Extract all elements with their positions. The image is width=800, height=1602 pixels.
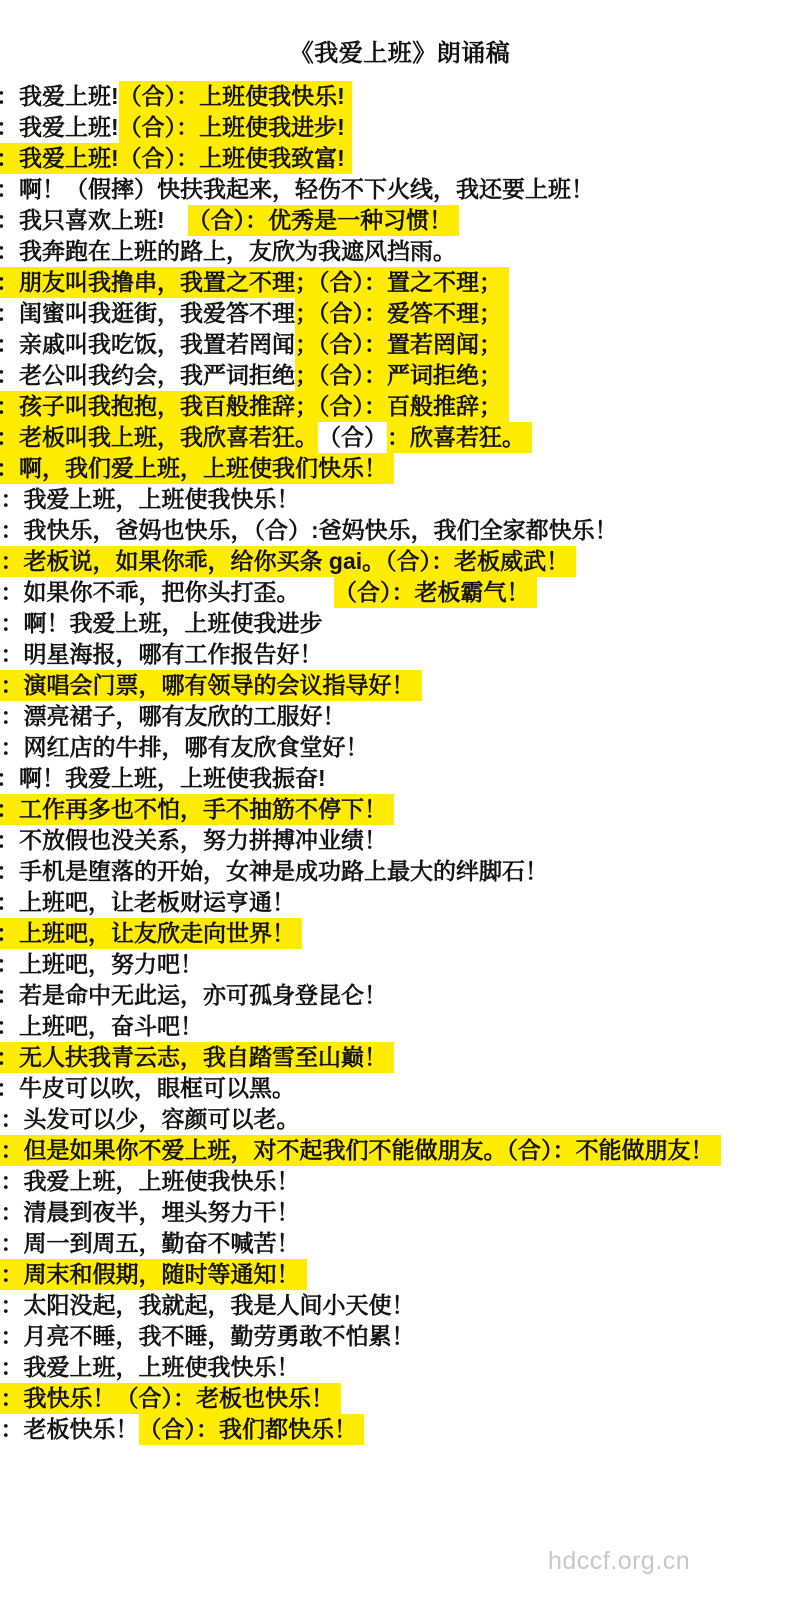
script-line: ：上班吧，奋斗吧！: [0, 1011, 800, 1042]
plain-text: ）：网红店的牛排，哪有友欣食堂好！: [0, 732, 369, 763]
plain-text: ）：漂亮裙子，哪有友欣的工服好！: [0, 701, 346, 732]
highlighted-text: ：无人扶我青云志，我自踏雪至山巅！: [0, 1042, 394, 1073]
script-lines: ：我爱上班!（合）：上班使我快乐!：我爱上班!（合）：上班使我进步!：我爱上班!…: [0, 81, 800, 1445]
highlighted-text: ）：但是如果你不爱上班，对不起我们不能做朋友。（合）：不能做朋友！: [0, 1135, 721, 1166]
script-line: ：上班吧，让友欣走向世界！: [0, 918, 800, 949]
plain-text: ：牛皮可以吹，眼框可以黑。: [0, 1073, 295, 1104]
highlighted-text: ：欣喜若狂。: [387, 422, 532, 453]
highlighted-text: ：啊，我们爱上班，上班使我们快乐！: [0, 453, 394, 484]
plain-text: ）：明星海报，哪有工作报告好！: [0, 639, 323, 670]
highlighted-text: ；（合）：爱答不理；: [295, 298, 509, 329]
script-line: ）：明星海报，哪有工作报告好！: [0, 639, 800, 670]
plain-text: ）：月亮不睡，我不睡，勤劳勇敢不怕累！: [0, 1321, 415, 1352]
highlighted-text: ）：周末和假期，随时等通知！: [0, 1259, 307, 1290]
script-line: ：手机是堕落的开始，女神是成功路上最大的绊脚石！: [0, 856, 800, 887]
script-line: ）：老板说，如果你乖，给你买条 gai。（合）：老板威武！: [0, 546, 800, 577]
script-line: ）：我快乐！（合）：老板也快乐！: [0, 1383, 800, 1414]
script-line: ：不放假也没关系，努力拼搏冲业绩！: [0, 825, 800, 856]
highlighted-text: ）：演唱会门票，哪有领导的会议指导好！: [0, 670, 422, 701]
script-line: ）：太阳没起，我就起，我是人间小天使！: [0, 1290, 800, 1321]
script-line: ）：周一到周五，勤奋不喊苦！: [0, 1228, 800, 1259]
script-line: ）：我快乐，爸妈也快乐，（合）:爸妈快乐，我们全家都快乐！: [0, 515, 800, 546]
script-line: ：我爱上班!（合）：上班使我致富!: [0, 143, 800, 174]
highlighted-text: ：上班吧，让友欣走向世界！: [0, 918, 302, 949]
script-line: ：上班吧，努力吧！: [0, 949, 800, 980]
highlighted-text: ）：我快乐！（合）：老板也快乐！: [0, 1383, 341, 1414]
script-line: ：若是命中无此运，亦可孤身登昆仑！: [0, 980, 800, 1011]
highlighted-text: ）：老板说，如果你乖，给你买条 gai。（合）：老板威武！: [0, 546, 576, 577]
plain-text: ）：我爱上班，上班使我快乐！: [0, 484, 300, 515]
script-line: ）：月亮不睡，我不睡，勤劳勇敢不怕累！: [0, 1321, 800, 1352]
plain-text: ）：周一到周五，勤奋不喊苦！: [0, 1228, 300, 1259]
plain-text: ：我爱上班!: [0, 112, 119, 143]
plain-text: ：上班吧，努力吧！: [0, 949, 203, 980]
script-line: ：闺蜜叫我逛街，我爱答不理；（合）：爱答不理；: [0, 298, 800, 329]
plain-text: ：上班吧，让老板财运亨通！: [0, 887, 295, 918]
script-line: ：老板叫我上班，我欣喜若狂。（合）：欣喜若狂。: [0, 422, 800, 453]
script-line: ：亲戚叫我吃饭，我置若罔闻；（合）：置若罔闻；: [0, 329, 800, 360]
script-line: ：我爱上班!（合）：上班使我进步!: [0, 112, 800, 143]
plain-text: （合）: [318, 422, 387, 453]
plain-text: ：亲戚叫我吃饭，我置若罔闻: [0, 329, 295, 360]
script-line: ：我爱上班!（合）：上班使我快乐!: [0, 81, 800, 112]
script-line: ：啊！（假摔）快扶我起来，轻伤不下火线，我还要上班！: [0, 174, 800, 205]
plain-text: ）：太阳没起，我就起，我是人间小天使！: [0, 1290, 415, 1321]
plain-text: ：上班吧，奋斗吧！: [0, 1011, 203, 1042]
plain-text: ：我爱上班!: [0, 81, 119, 112]
plain-text: ：我只喜欢上班!: [0, 205, 188, 236]
plain-text: ）：我爱上班，上班使我快乐！: [0, 1166, 300, 1197]
highlighted-text: ；（合）：置若罔闻；: [295, 329, 509, 360]
highlighted-text: （合）：上班使我进步!: [119, 112, 352, 143]
plain-text: ：手机是堕落的开始，女神是成功路上最大的绊脚石！: [0, 856, 548, 887]
plain-text: ：闺蜜叫我逛街，我爱答不理: [0, 298, 295, 329]
script-line: ）：但是如果你不爱上班，对不起我们不能做朋友。（合）：不能做朋友！: [0, 1135, 800, 1166]
script-line: ）：演唱会门票，哪有领导的会议指导好！: [0, 670, 800, 701]
highlighted-text: ：工作再多也不怕，手不抽筋不停下！: [0, 794, 394, 825]
script-line: ：无人扶我青云志，我自踏雪至山巅！: [0, 1042, 800, 1073]
script-line: ：孩子叫我抱抱，我百般推辞；（合）：百般推辞；: [0, 391, 800, 422]
plain-text: ：啊！我爱上班，上班使我振奋!: [0, 763, 326, 794]
script-line: ：朋友叫我撸串，我置之不理；（合）：置之不理；: [0, 267, 800, 298]
script-line: ：工作再多也不怕，手不抽筋不停下！: [0, 794, 800, 825]
script-line: ）：如果你不乖，把你头打歪。 （合）：老板霸气！: [0, 577, 800, 608]
plain-text: ）：啊！我爱上班，上班使我进步: [0, 608, 323, 639]
highlighted-text: ：老板叫我上班，我欣喜若狂。: [0, 422, 318, 453]
script-line: ）：清晨到夜半，埋头努力干！: [0, 1197, 800, 1228]
script-line: ）：周末和假期，随时等通知！: [0, 1259, 800, 1290]
script-line: ：牛皮可以吹，眼框可以黑。: [0, 1073, 800, 1104]
plain-text: ：老公叫我约会，我严词拒绝: [0, 360, 295, 391]
script-line: ）：漂亮裙子，哪有友欣的工服好！: [0, 701, 800, 732]
script-line: ：啊！我爱上班，上班使我振奋!: [0, 763, 800, 794]
highlighted-text: ；（合）：严词拒绝；: [295, 360, 509, 391]
watermark: hdccf.org.cn: [548, 1547, 690, 1576]
script-line: ）：我爱上班，上班使我快乐！: [0, 1352, 800, 1383]
highlighted-text: （合）：优秀是一种习惯！: [188, 205, 460, 236]
plain-text: ）：我快乐，爸妈也快乐，（合）:爸妈快乐，我们全家都快乐！: [0, 515, 618, 546]
page-title: 《我爱上班》朗诵稿: [0, 33, 800, 68]
plain-text: ）：如果你不乖，把你头打歪。: [0, 577, 334, 608]
script-line: ：啊，我们爱上班，上班使我们快乐！: [0, 453, 800, 484]
document-page: 《我爱上班》朗诵稿 ：我爱上班!（合）：上班使我快乐!：我爱上班!（合）：上班使…: [0, 0, 800, 1602]
plain-text: ：不放假也没关系，努力拼搏冲业绩！: [0, 825, 387, 856]
plain-text: ）：我爱上班，上班使我快乐！: [0, 1352, 300, 1383]
highlighted-text: （合）：上班使我快乐!: [119, 81, 352, 112]
script-line: ：我只喜欢上班! （合）：优秀是一种习惯！: [0, 205, 800, 236]
script-line: ）：我爱上班，上班使我快乐！: [0, 484, 800, 515]
plain-text: ）：老板快乐！: [0, 1414, 139, 1445]
script-line: ：老公叫我约会，我严词拒绝；（合）：严词拒绝；: [0, 360, 800, 391]
script-line: ）：老板快乐！（合）：我们都快乐！: [0, 1414, 800, 1445]
script-line: ）：网红店的牛排，哪有友欣食堂好！: [0, 732, 800, 763]
highlighted-text: （合）：我们都快乐！: [139, 1414, 365, 1445]
script-line: ）：啊！我爱上班，上班使我进步: [0, 608, 800, 639]
highlighted-text: ：朋友叫我撸串，我置之不理；（合）：置之不理；: [0, 267, 509, 298]
plain-text: ：啊！（假摔）快扶我起来，轻伤不下火线，我还要上班！: [0, 174, 594, 205]
script-line: ：上班吧，让老板财运亨通！: [0, 887, 800, 918]
highlighted-text: ：孩子叫我抱抱，我百般推辞；（合）：百般推辞；: [0, 391, 509, 422]
highlighted-text: ：我爱上班!（合）：上班使我致富!: [0, 143, 352, 174]
plain-text: ）：清晨到夜半，埋头努力干！: [0, 1197, 300, 1228]
script-line: ：我奔跑在上班的路上，友欣为我遮风挡雨。: [0, 236, 800, 267]
plain-text: ：我奔跑在上班的路上，友欣为我遮风挡雨。: [0, 236, 456, 267]
script-line: ）：头发可以少，容颜可以老。: [0, 1104, 800, 1135]
script-line: ）：我爱上班，上班使我快乐！: [0, 1166, 800, 1197]
plain-text: ）：头发可以少，容颜可以老。: [0, 1104, 300, 1135]
plain-text: ：若是命中无此运，亦可孤身登昆仑！: [0, 980, 387, 1011]
highlighted-text: （合）：老板霸气！: [334, 577, 537, 608]
